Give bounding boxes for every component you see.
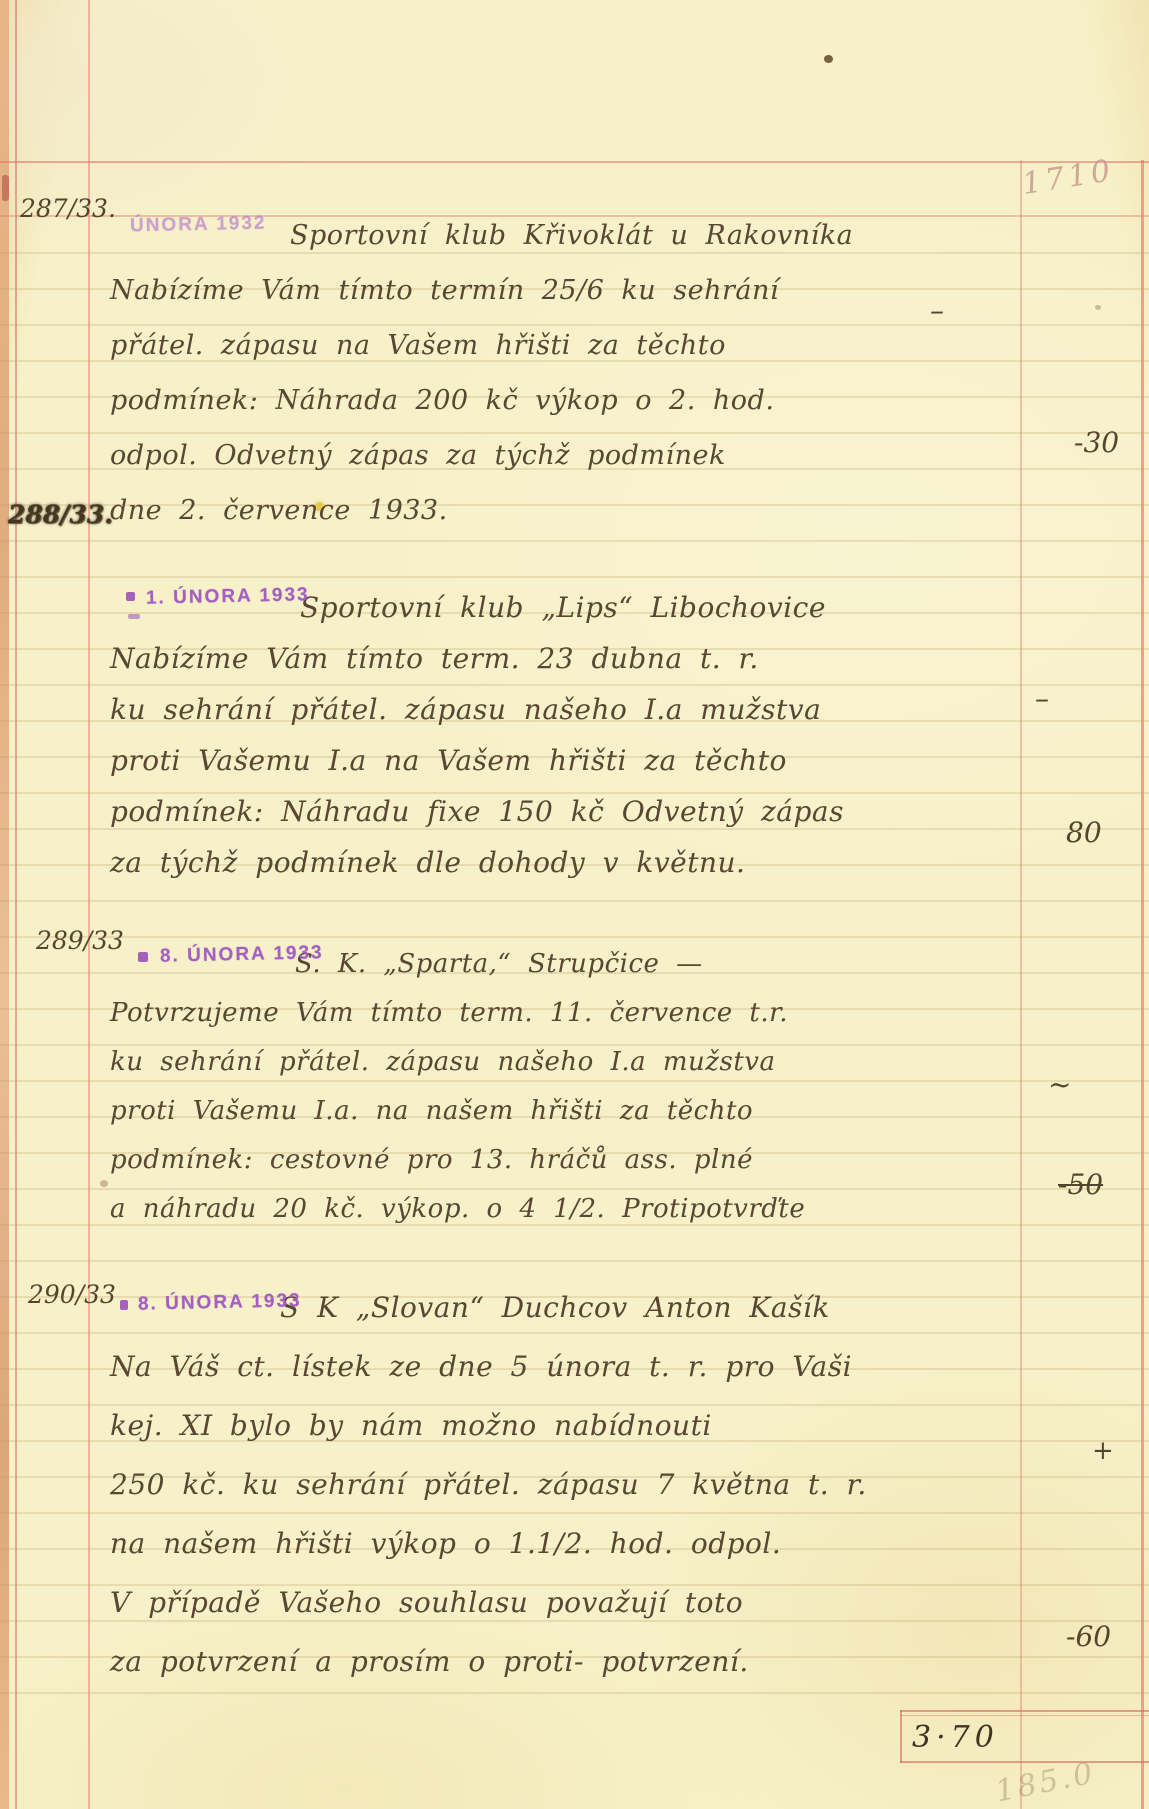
margin-amount: -60 [1066,1620,1111,1653]
faint-bottom-number: 185.0 [993,1756,1099,1809]
entry-line: ku sehrání přátel. zápasu našeho I.a muž… [110,684,1015,735]
stamp-ink-dot [126,592,135,601]
entry-ref: 287/33. [20,194,116,223]
entry-ref: 289/33 [36,926,124,955]
date-stamp: 8. ÚNORA 1933 [160,942,324,967]
margin-amount: -30 [1074,426,1119,459]
entry-line: na našem hřišti výkop o 1.1/2. hod. odpo… [110,1514,1015,1573]
entry-line: Nabízíme Vám tímto termín 25/6 ku sehrán… [110,263,1015,318]
date-stamp: 8. ÚNORA 1933 [138,1290,302,1315]
entry-ref: 288/33. [8,500,113,529]
sum-box-top-line2 [900,1715,1149,1716]
stamp-ink-dot [128,614,140,619]
entry-line: proti Vašemu I.a. na našem hřišti za těc… [110,1087,1015,1136]
ledger-entry-290: 290/33 8. ÚNORA 1933 S K „Slovan“ Duchco… [0,1278,1149,1691]
sum-box-bottom-line [900,1761,1149,1763]
margin-dash: – [1035,682,1049,715]
entry-line: Na Váš ct. lístek ze dne 5 února t. r. p… [110,1337,1015,1396]
entry-line: podmínek: Náhradu fixe 150 kč Odvetný zá… [110,786,1015,837]
top-rule-line [0,161,1149,163]
entry-line: 250 kč. ku sehrání přátel. zápasu 7 květ… [110,1455,1015,1514]
stamp-ink-dot [120,1300,128,1310]
entry-line: podmínek: cestovné pro 13. hráčů ass. pl… [110,1136,1015,1185]
ledger-entry-288: 288/33. 1. ÚNORA 1933 Sportovní klub „Li… [0,582,1149,888]
entry-line: proti Vašemu I.a na Vašem hřišti za těch… [110,735,1015,786]
entry-line: podmínek: Náhrada 200 kč výkop o 2. hod. [110,373,1015,428]
sum-box-left-line [900,1710,902,1763]
margin-dash: – [930,294,944,327]
entry-line: Nabízíme Vám tímto term. 23 dubna t. r. [110,633,1015,684]
ledger-entry-289: 289/33 8. ÚNORA 1933 S. K. „Sparta,“ Str… [0,940,1149,1234]
entry-line: kej. XI bylo by nám možno nabídnouti [110,1396,1015,1455]
margin-amount: 80 [1066,816,1102,849]
entry-line: V případě Vašeho souhlasu považují toto [110,1573,1015,1632]
margin-dash: ~ [1048,1068,1071,1101]
stamp-ink-dot [138,952,148,962]
entry-line: a náhradu 20 kč. výkop. o 4 1/2. Protipo… [110,1185,1015,1234]
margin-amount-crossed: -50 [1058,1168,1103,1201]
entry-line: za potvrzení a prosím o proti- potvrzení… [110,1632,1015,1691]
entry-line: Potvrzujeme Vám tímto term. 11. července… [110,989,1015,1038]
entry-line: přátel. zápasu na Vašem hřišti za těchto [110,318,1015,373]
entry-line: za týchž podmínek dle dohody v květnu. [110,837,1015,888]
ink-speck [824,55,833,63]
entry-line: dne 2. července 1933. [110,483,1015,538]
sum-total: 3·70 [912,1720,999,1755]
entry-line: ku sehrání přátel. zápasu našeho I.a muž… [110,1038,1015,1087]
date-stamp: 1. ÚNORA 1933 [146,584,310,609]
ledger-entry-287: 287/33. ÚNORA 1932 Sportovní klub Křivok… [0,208,1149,538]
date-stamp: ÚNORA 1932 [130,213,267,238]
edge-stain [2,175,9,201]
sum-box-top-line [900,1710,1149,1712]
entry-line: odpol. Odvetný zápas za týchž podmínek [110,428,1015,483]
entry-ref: 290/33 [28,1280,116,1309]
margin-plus-mark: + [1092,1436,1114,1466]
